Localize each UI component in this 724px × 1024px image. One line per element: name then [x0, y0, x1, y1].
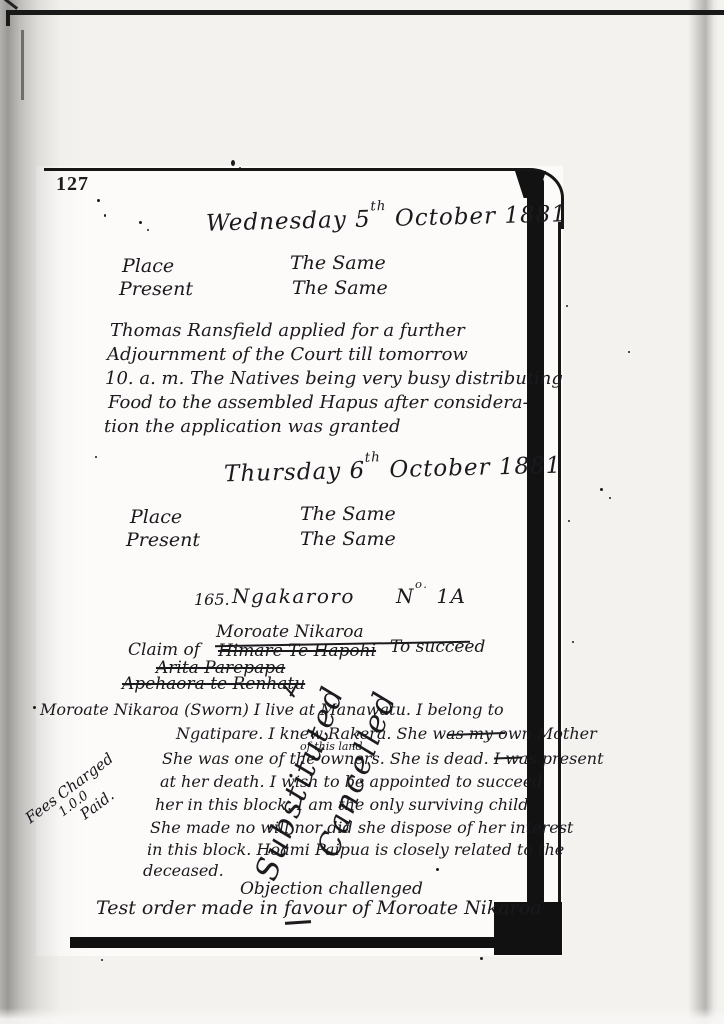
- ink-speck: [33, 706, 36, 709]
- ink-speck: [600, 488, 603, 491]
- block-no-sup: o.: [415, 577, 428, 591]
- ink-speck: [97, 199, 100, 202]
- place-value: The Same: [300, 503, 396, 525]
- ink-speck: [104, 214, 106, 217]
- scan-top-edge-bar: [6, 10, 724, 15]
- date-rest: October 1881: [386, 201, 567, 232]
- testimony-line: in this block. Hoami Paipua is closely r…: [147, 840, 564, 859]
- page-binding-bar: [527, 178, 544, 905]
- case-number: 165.: [194, 590, 230, 609]
- testimony-line: She made no will nor did she dispose of …: [150, 818, 573, 837]
- date-ordinal: th: [365, 451, 381, 466]
- testimony-line: Moroate Nikaroa (Sworn) I live at Manawa…: [40, 700, 504, 719]
- case-block-name: Ngakaroro: [232, 584, 355, 608]
- present-value: The Same: [300, 528, 396, 550]
- date-ordinal: th: [370, 199, 386, 214]
- minute-line: Food to the assembled Hapus after consid…: [108, 392, 529, 413]
- ink-speck: [231, 160, 235, 166]
- scanned-minute-book-page: 127 Wednesday 5th October 1881 Place The…: [0, 0, 724, 1024]
- right-gutter-shadow: [688, 0, 718, 1024]
- ink-speck: [609, 497, 611, 499]
- minute-line: Adjournment of the Court till tomorrow: [107, 344, 468, 365]
- ink-speck: [239, 167, 241, 170]
- page-border-bottom: [70, 937, 506, 948]
- claim-inserted-name: Moroate Nikaroa: [216, 622, 364, 642]
- minute-line: 10. a. m. The Natives being very busy di…: [105, 368, 563, 389]
- ink-speck: [566, 305, 568, 307]
- present-label: Present: [119, 278, 193, 300]
- scan-top-edge-hook: [6, 10, 10, 26]
- ink-speck: [101, 959, 103, 961]
- block-no-value: 1A: [436, 584, 466, 608]
- page-border-top: [44, 168, 496, 171]
- minute-line: tion the application was granted: [104, 416, 401, 437]
- ink-speck: [480, 957, 483, 960]
- ink-speck: [147, 229, 149, 231]
- place-label: Place: [130, 506, 182, 528]
- page-border-right-line: [558, 222, 561, 910]
- date-main: Thursday 6: [224, 458, 366, 488]
- ink-speck: [436, 868, 439, 871]
- claim-struck-line3: Apehaora te Renhatu: [122, 674, 305, 694]
- claim-suffix: To succeed: [390, 637, 485, 657]
- date-main: Wednesday 5: [206, 206, 371, 236]
- corner-ink-tick: [3, 0, 18, 10]
- case-block-id: No. 1A: [396, 584, 467, 608]
- ink-speck: [572, 641, 574, 643]
- bottom-fade: [0, 1008, 724, 1024]
- ink-speck: [628, 351, 630, 353]
- place-value: The Same: [290, 252, 386, 274]
- ink-speck: [568, 520, 570, 522]
- folio-number: 127: [56, 173, 89, 196]
- present-value: The Same: [292, 277, 388, 299]
- order-note: Test order made in favour of Moroate Nik…: [96, 897, 542, 919]
- date-rest: October 1881: [381, 453, 562, 484]
- minute-line: Thomas Ransfield applied for a further: [110, 320, 465, 341]
- present-label: Present: [126, 529, 200, 551]
- ink-speck: [95, 456, 97, 458]
- testimony-line: deceased.: [143, 861, 224, 880]
- claim-prefix: Claim of: [128, 640, 200, 660]
- left-edge-line: [21, 30, 24, 100]
- place-label: Place: [122, 255, 174, 277]
- block-no-prefix: N: [396, 584, 415, 608]
- ink-speck: [139, 221, 142, 224]
